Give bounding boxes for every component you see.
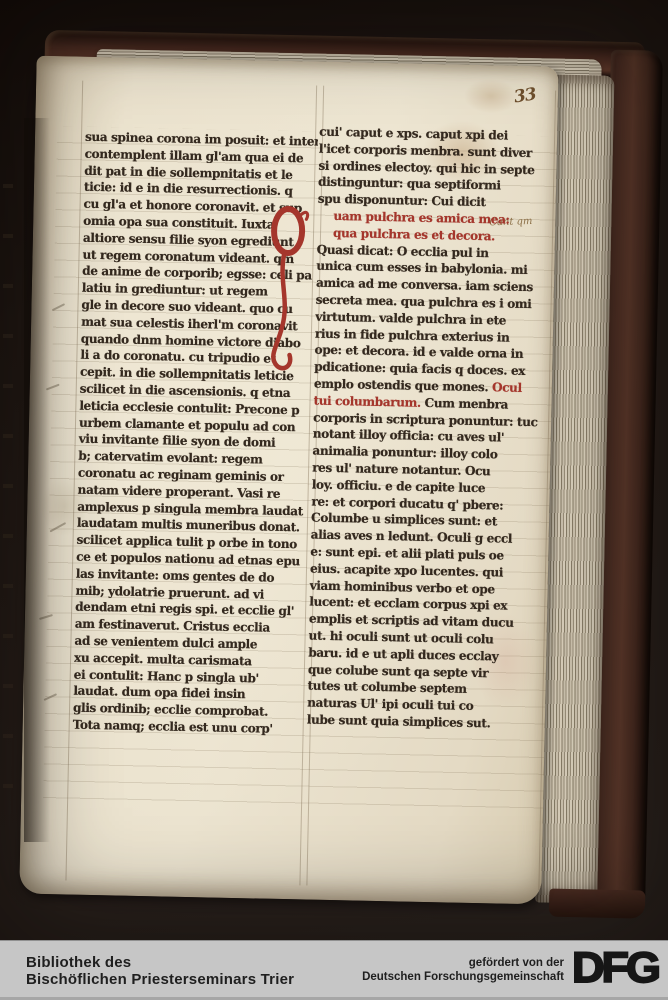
funding-line1: gefördert von der <box>362 957 564 971</box>
manuscript-line: lube sunt quia simplices sut. <box>307 711 545 733</box>
library-name-line2: Bischöflichen Priesterseminars Trier <box>26 971 294 988</box>
parchment-stain <box>464 79 519 114</box>
dfg-logo: DFG <box>572 943 658 992</box>
text-column-right: cui' caput e xps. caput xpi deil'icet co… <box>307 124 558 741</box>
facing-page-text-fragments <box>3 138 13 818</box>
funding-line2: Deutschen Forschungsgemeinschaft <box>362 971 564 985</box>
funding-credit: gefördert von der Deutschen Forschungsge… <box>362 957 564 984</box>
manuscript-page: 33 Cant qm sua spinea corona im posuit: … <box>19 56 558 905</box>
facing-page-edge <box>0 128 26 830</box>
library-name-line1: Bibliothek des <box>26 954 294 971</box>
credit-bar: Bibliothek des Bischöflichen Priestersem… <box>0 940 668 1000</box>
folio-number: 33 <box>513 84 537 107</box>
manuscript-photo: 33 Cant qm sua spinea corona im posuit: … <box>0 0 668 940</box>
library-name: Bibliothek des Bischöflichen Priestersem… <box>26 954 294 988</box>
codex-book: 33 Cant qm sua spinea corona im posuit: … <box>1 29 667 920</box>
rubricated-initial-Q <box>266 205 310 382</box>
leather-binding-corner <box>549 889 646 919</box>
manuscript-line: Tota namq; ecclia est unu corp' <box>73 716 306 738</box>
funding-group: gefördert von der Deutschen Forschungsge… <box>362 947 662 994</box>
